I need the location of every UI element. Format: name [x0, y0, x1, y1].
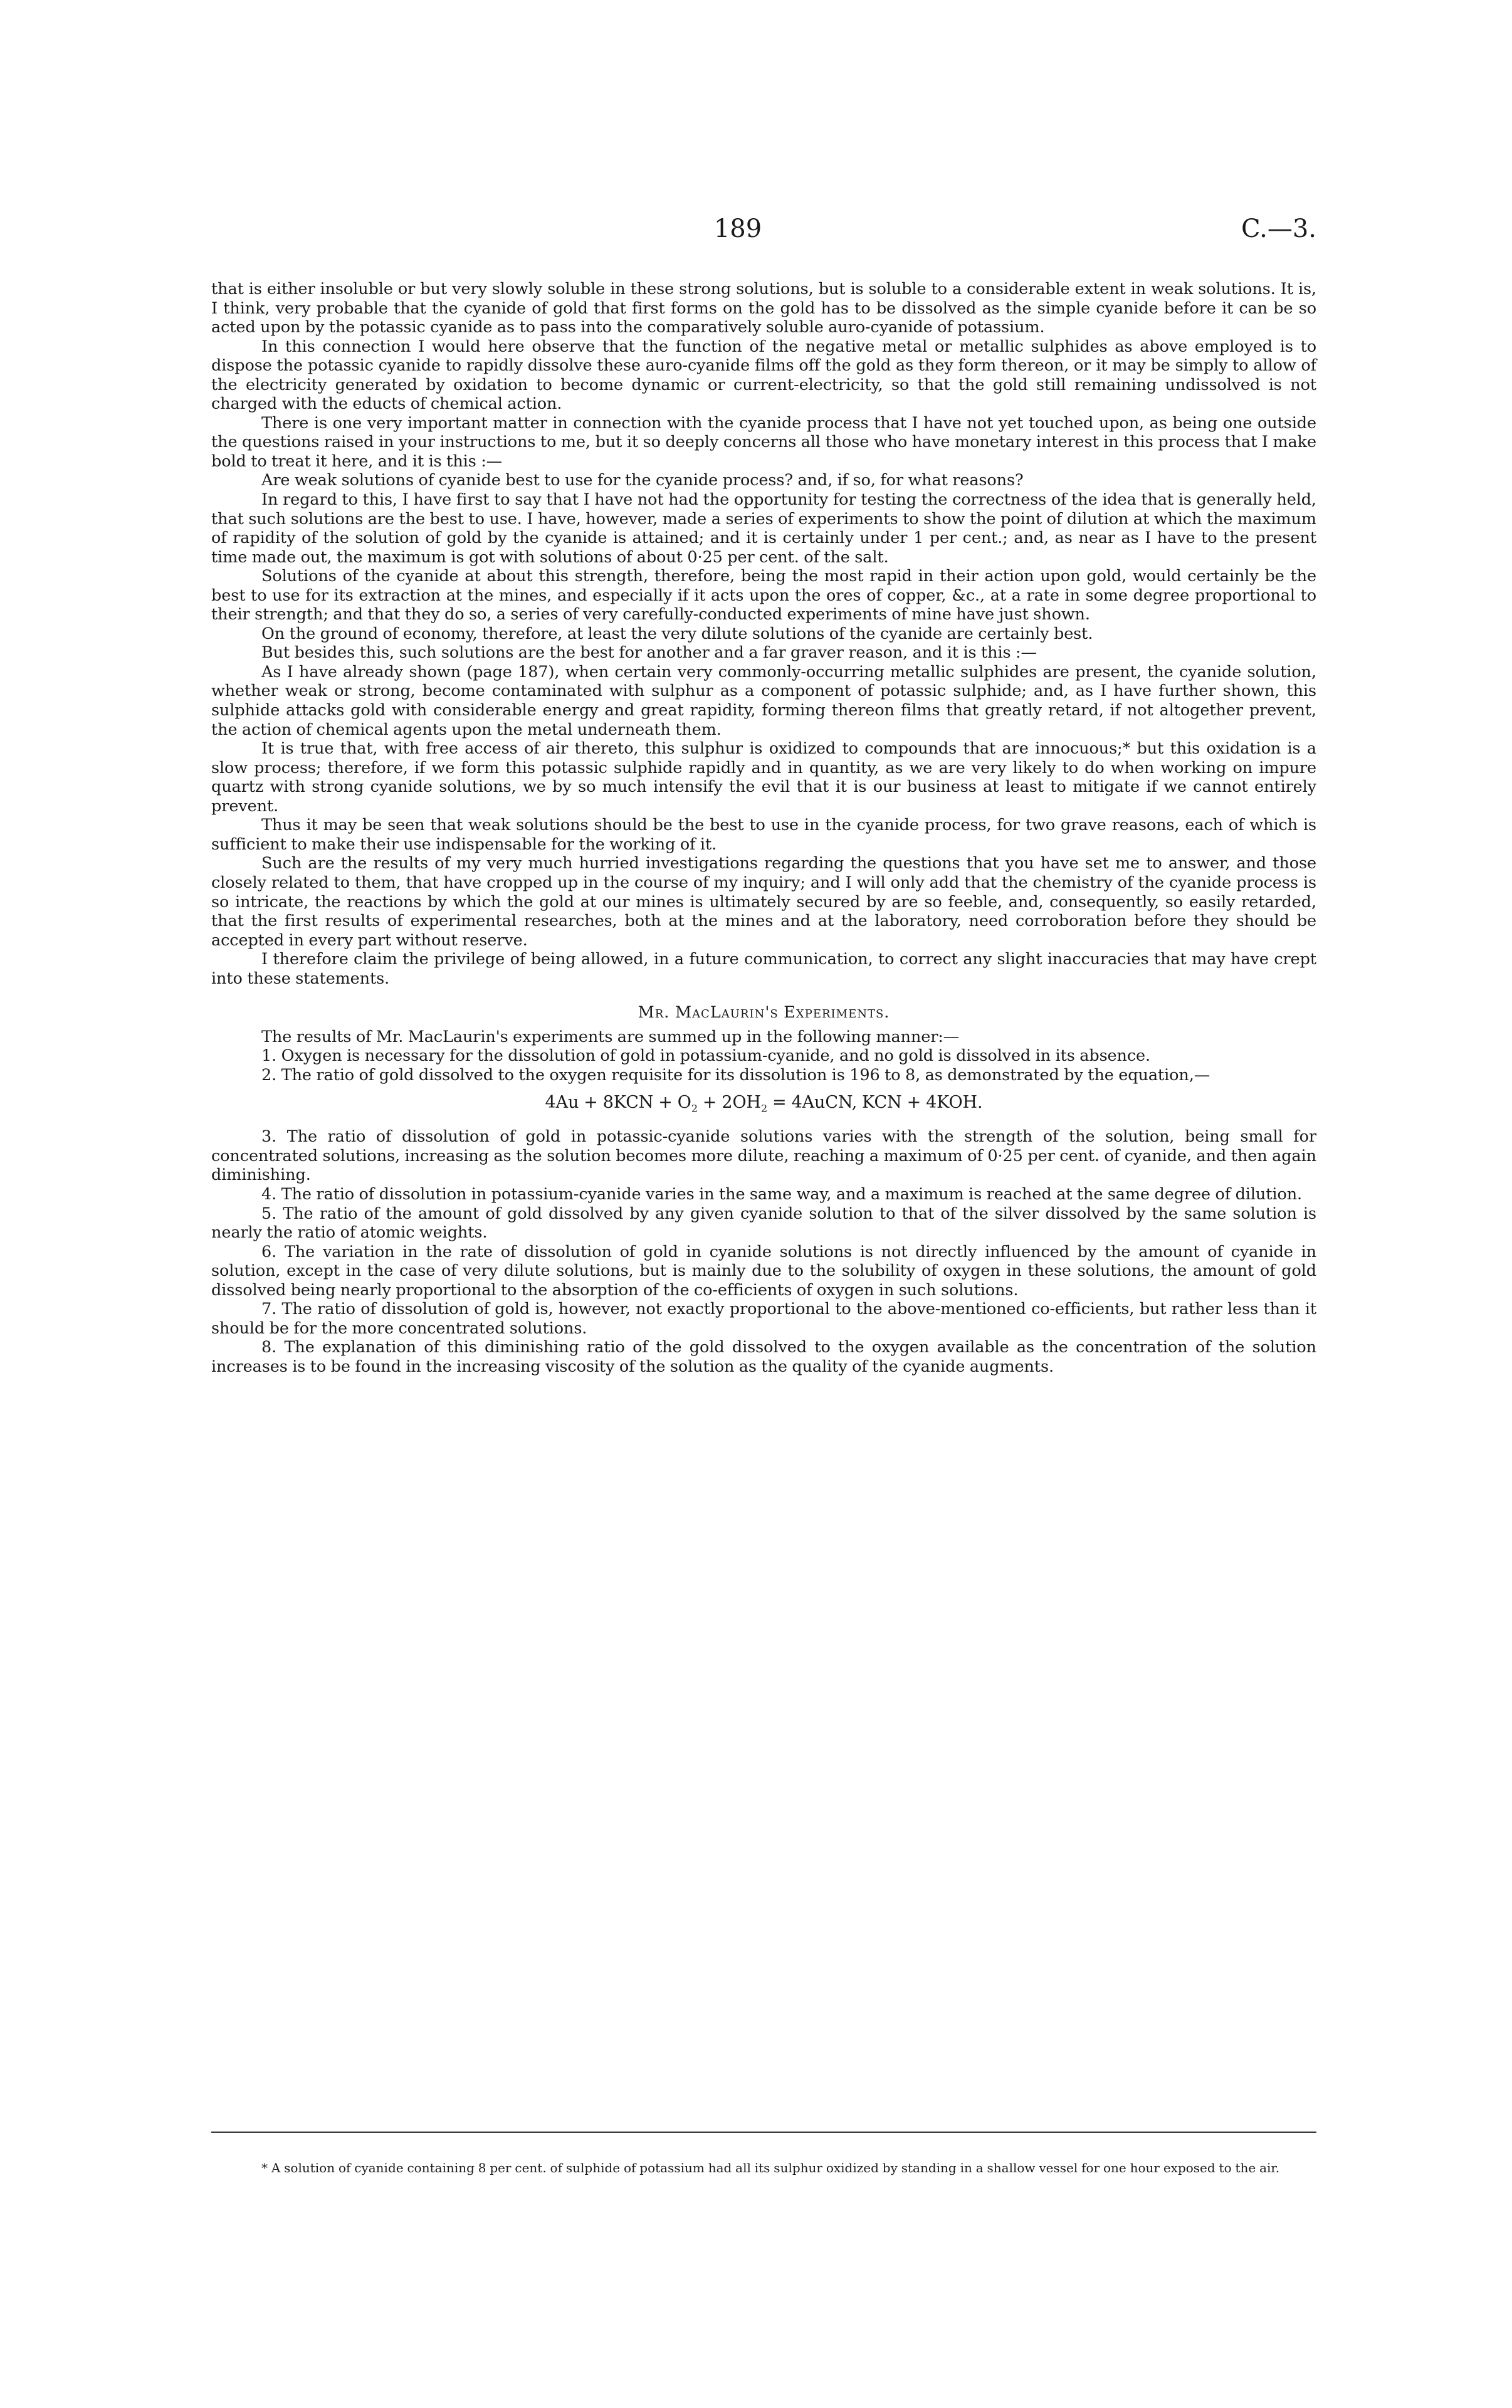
- body-text: that is either insoluble or but very slo…: [211, 280, 1316, 1376]
- question-paragraph: Are weak solutions of cyanide best to us…: [211, 471, 1316, 490]
- section-heading: Mr. MacLaurin's Experiments.: [211, 1003, 1316, 1023]
- item-text: The ratio of gold dissolved to the oxyge…: [281, 1066, 1210, 1085]
- paragraph: As I have already shown (page 187), when…: [211, 663, 1316, 739]
- paragraph: that is either insoluble or but very slo…: [211, 280, 1316, 337]
- series-code: C.—3.: [1241, 213, 1316, 244]
- section-intro: The results of Mr. MacLaurin's experimen…: [211, 1028, 1316, 1047]
- paragraph: I therefore claim the privilege of being…: [211, 950, 1316, 988]
- list-item-8: 8. The explanation of this diminishing r…: [211, 1338, 1316, 1376]
- equation-part: = 4AuCN, KCN + 4KOH.: [767, 1093, 982, 1112]
- list-item-3: 3. The ratio of dissolution of gold in p…: [211, 1127, 1316, 1185]
- item-number: 2.: [261, 1066, 276, 1085]
- paragraph: Solutions of the cyanide at about this s…: [211, 567, 1316, 624]
- paragraph: On the ground of economy, therefore, at …: [211, 624, 1316, 644]
- paragraph: Thus it may be seen that weak solutions …: [211, 816, 1316, 854]
- item-number: 8.: [261, 1338, 276, 1357]
- item-text: The variation in the rate of dissolution…: [211, 1243, 1316, 1300]
- equation-part: + 2OH: [698, 1093, 761, 1112]
- paragraph: But besides this, such solutions are the…: [211, 643, 1316, 663]
- list-item-4: 4. The ratio of dissolution in potassium…: [211, 1185, 1316, 1204]
- chemical-equation: 4Au + 8KCN + O2 + 2OH2 = 4AuCN, KCN + 4K…: [211, 1093, 1316, 1118]
- list-item-1: 1. Oxygen is necessary for the dissoluti…: [211, 1046, 1316, 1066]
- item-number: 3.: [261, 1127, 276, 1146]
- item-number: 5.: [261, 1204, 276, 1223]
- list-item-7: 7. The ratio of dissolution of gold is, …: [211, 1300, 1316, 1338]
- list-item-6: 6. The variation in the rate of dissolut…: [211, 1243, 1316, 1300]
- item-text: Oxygen is necessary for the dissolution …: [281, 1046, 1150, 1065]
- paragraph: Such are the results of my very much hur…: [211, 854, 1316, 950]
- list-item-5: 5. The ratio of the amount of gold disso…: [211, 1204, 1316, 1243]
- page-number: 189: [713, 213, 763, 244]
- item-number: 1.: [261, 1046, 276, 1065]
- item-text: The ratio of dissolution in potassium-cy…: [281, 1185, 1302, 1204]
- paragraph: In this connection I would here observe …: [211, 337, 1316, 414]
- item-text: The explanation of this diminishing rati…: [211, 1338, 1316, 1376]
- item-number: 4.: [261, 1185, 276, 1204]
- page-header: 189 C.—3.: [211, 213, 1316, 244]
- equation-part: 4Au + 8KCN + O: [545, 1093, 691, 1112]
- item-number: 7.: [261, 1300, 276, 1318]
- item-number: 6.: [261, 1243, 276, 1261]
- item-text: The ratio of dissolution of gold in pota…: [211, 1127, 1316, 1184]
- equation-subscript: 2: [691, 1103, 698, 1115]
- item-text: The ratio of dissolution of gold is, how…: [211, 1300, 1316, 1338]
- paragraph: In regard to this, I have first to say t…: [211, 490, 1316, 567]
- footnote: * A solution of cyanide containing 8 per…: [211, 2159, 1316, 2177]
- list-item-2: 2. The ratio of gold dissolved to the ox…: [211, 1066, 1316, 1085]
- paragraph: There is one very important matter in co…: [211, 414, 1316, 471]
- paragraph-with-footnote-ref: It is true that, with free access of air…: [211, 739, 1316, 816]
- footnote-divider: [211, 2132, 1316, 2133]
- item-text: The ratio of the amount of gold dissolve…: [211, 1204, 1316, 1243]
- equation-subscript: 2: [761, 1103, 767, 1115]
